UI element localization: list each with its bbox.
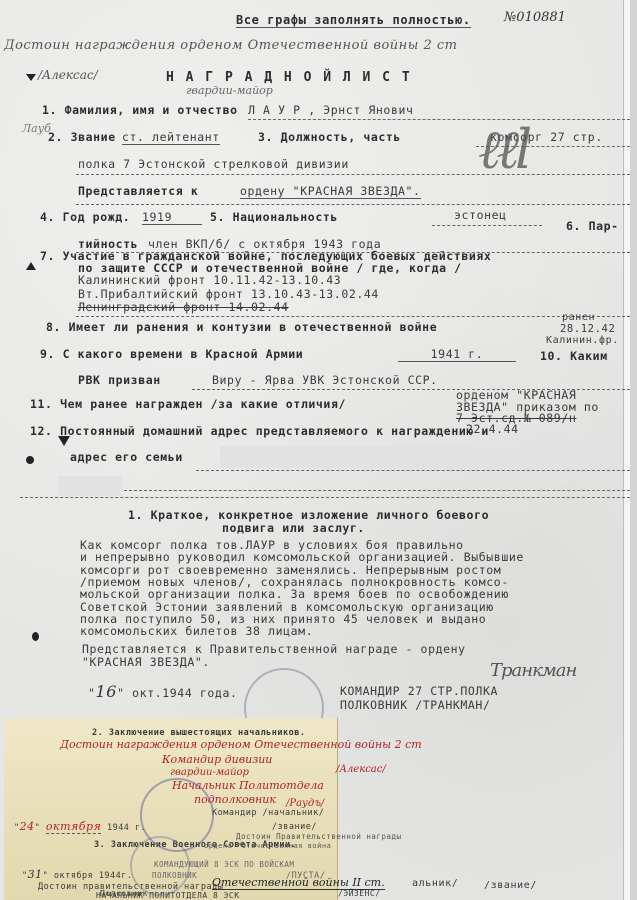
slip-date-2: "31" октября 1944г. — [22, 868, 133, 881]
handwritten-large-mark: ℓℓl — [478, 118, 528, 181]
slip-date-2-rest: октября 1944г. — [54, 871, 133, 881]
corps-stamp — [130, 836, 190, 896]
presented-line — [76, 204, 630, 205]
field-8-value-1: ранен — [562, 312, 595, 323]
marker-arrow-icon — [26, 74, 36, 81]
field-2-value: ст. лейтенант — [122, 130, 220, 145]
field-11-label: 11. Чем ранее награжден /за какие отличи… — [30, 397, 346, 411]
punch-mark — [26, 456, 34, 464]
field-9-value: 1941 г. — [398, 347, 516, 362]
field-7-value-2: Вт.Прибалтийский фронт 13.10.43-13.02.44 — [78, 287, 379, 301]
handwritten-name-left: /Алексас/ — [38, 68, 98, 82]
presented-value: ордену "КРАСНАЯ ЗВЕЗДА". — [240, 184, 421, 199]
narrative-conclusion-2: "КРАСНАЯ ЗВЕЗДА". — [82, 655, 210, 669]
marker-arrow-icon — [26, 262, 36, 270]
narrative-date: "16" окт.1944 года. — [88, 682, 238, 701]
field-5-value: эстонец — [454, 208, 507, 222]
field-1-value: Л А У Р , Эрнст Янович — [248, 103, 414, 117]
field-8-value-3: Калинин.фр. — [546, 335, 619, 346]
field-6-label: 6. Пар- — [566, 219, 619, 233]
slip-heading-2: 2. Заключение вышестоящих начальников. — [92, 728, 305, 738]
slip-date: "24" октября 1944 г. — [14, 820, 146, 833]
field-5-label: 5. Национальность — [210, 210, 338, 224]
signer-line-2: ПОЛКОВНИК /ТРАНКМАН/ — [340, 698, 490, 712]
redacted-address-cont — [58, 476, 122, 496]
field-10-value: Виру - Ярва УВК Эстонской ССР. — [212, 373, 438, 387]
field-4-value: 1919 — [142, 210, 202, 225]
field-1-line — [248, 119, 630, 120]
handwritten-resolution: Достоин награждения орденом Отечественно… — [4, 38, 457, 53]
slip-hand-resolution: Достоин награждения орденом Отечественно… — [60, 738, 422, 751]
handwritten-over-title: гвардии-майор — [186, 84, 273, 97]
field-8-label: 8. Имеет ли ранения и контузии в отечест… — [46, 320, 437, 334]
handwritten-margin-note: Лауб — [22, 122, 51, 135]
slip-date-day: 24 — [20, 820, 35, 833]
slip-hand-rank: гвардии-майор — [170, 767, 249, 778]
archive-number: №010881 — [504, 10, 566, 25]
slip-hand-name-1: /Алексас/ — [336, 764, 386, 775]
slip-date-2-day: 31 — [28, 868, 43, 881]
field-8-value-2: 28.12.42 — [560, 323, 615, 335]
field-10-label-cont: РВК призван — [78, 373, 161, 387]
field-9-label: 9. С какого времени в Красной Армии — [40, 347, 303, 361]
presented-label: Представляется к — [78, 184, 198, 198]
field-5-line — [432, 225, 542, 226]
narrative-line: комсомольских билетов 38 лицам. — [80, 624, 313, 638]
field-7-line — [76, 316, 630, 317]
slip-date-month: октября — [46, 820, 101, 834]
field-1-label: 1. Фамилия, имя и отчество — [42, 103, 238, 117]
slip-rank-label: /звание/ — [272, 822, 317, 832]
field-3-value-cont: полка 7 Эстонской стрелковой дивизии — [78, 157, 349, 171]
field-2-label: 2. Звание — [48, 130, 116, 144]
narrative-heading-2: подвига или заслуг. — [222, 521, 365, 535]
page-edge — [623, 0, 630, 900]
signer-line-1: КОМАНДИР 27 СТР.ПОЛКА — [340, 684, 498, 698]
slip-worthy-hand: Отечественной войны II ст. — [212, 876, 385, 890]
slip-commander-label: Командир /начальник/ — [212, 808, 324, 818]
rank-label-right: /звание/ — [484, 880, 537, 891]
field-12-label-cont: адрес его семьи — [70, 450, 183, 464]
punch-mark — [32, 632, 39, 641]
top-notice: Все графы заполнять полностью. — [236, 13, 471, 28]
field-3-cont-line — [76, 174, 630, 175]
narrative-heading-1: 1. Краткое, конкретное изложение личного… — [128, 508, 489, 522]
field-10-label: 10. Каким — [540, 349, 608, 363]
narrative-conclusion-1: Представляется к Правительственной награ… — [82, 642, 466, 656]
date-day: 16 — [96, 682, 118, 701]
field-12-line-2 — [124, 490, 630, 491]
field-3-label: 3. Должность, часть — [258, 130, 401, 144]
field-7-value-1: Калининский фронт 10.11.42-13.10.43 — [78, 273, 341, 287]
date-rest: окт.1944 года. — [132, 686, 237, 700]
field-7-value-3: Ленинградский фронт 14.02.44 — [78, 300, 289, 314]
commander-label-tail: альник/ — [412, 878, 458, 889]
section-divider — [20, 497, 630, 498]
slip-chief-name: /ЭЙЗЕНС/ — [338, 889, 381, 898]
field-12-line — [196, 470, 630, 471]
form-title: Н А Г Р А Д Н О Й Л И С Т — [166, 70, 412, 85]
field-4-label: 4. Год рожд. — [40, 210, 130, 224]
redacted-address — [220, 446, 612, 468]
field-12-label: 12. Постоянный домашний адрес представля… — [30, 424, 489, 438]
marker-arrow-icon — [58, 436, 70, 446]
slip-hand-commander: Командир дивизии — [162, 753, 272, 766]
slip-typed-right-2: ордена "Отечественная война второй степе… — [204, 842, 334, 850]
award-sheet-page: Все графы заполнять полностью. №010881 Д… — [0, 0, 630, 900]
commander-signature: Транкман — [490, 660, 576, 681]
